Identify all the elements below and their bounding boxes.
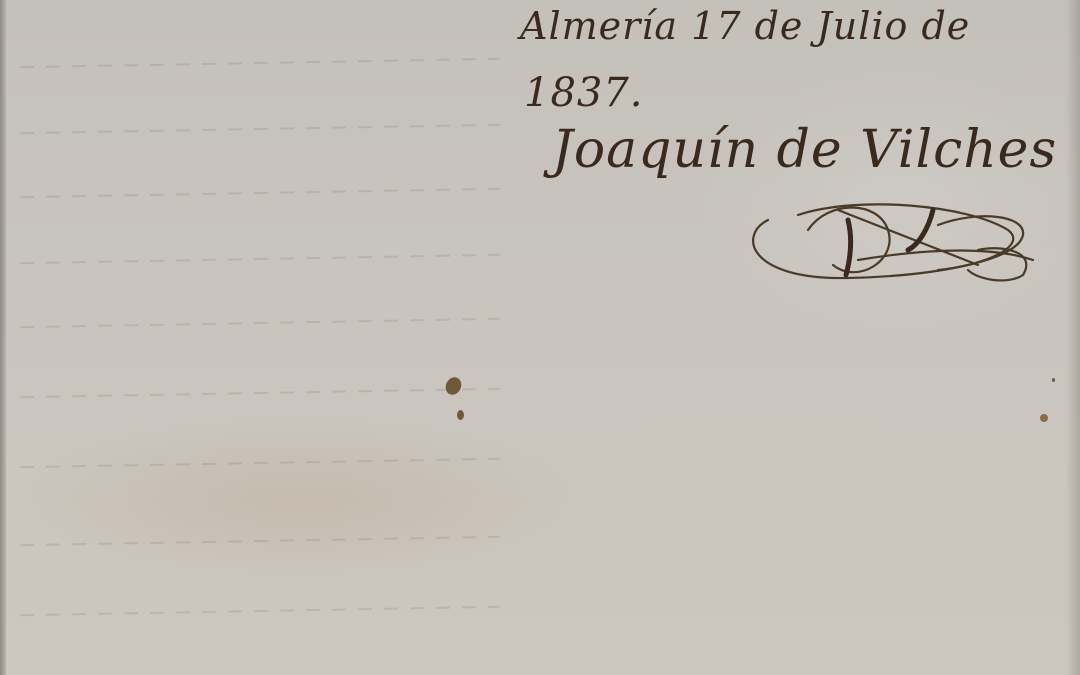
- ink-spot: [1052, 378, 1055, 382]
- stain-spot: [1040, 414, 1048, 422]
- rubrica-flourish-icon: [738, 190, 1038, 290]
- bleed-through-line: [20, 458, 500, 468]
- bleed-through-line: [20, 124, 500, 134]
- document-page: Almería 17 de Julio de 1837. Joaquín de …: [0, 0, 1080, 675]
- place-date-line: Almería 17 de Julio de: [520, 4, 970, 48]
- ink-spot: [457, 410, 464, 420]
- signature: Joaquín de Vilches: [552, 120, 1057, 180]
- ink-spot: [443, 375, 464, 398]
- bleed-through-line: [20, 318, 500, 328]
- bleed-through-line: [20, 388, 500, 398]
- bleed-through-line: [20, 58, 500, 68]
- bleed-through-line: [20, 606, 500, 616]
- bleed-through-line: [20, 254, 500, 264]
- page-left-edge: [0, 0, 6, 675]
- bleed-through-line: [20, 188, 500, 198]
- year-line: 1837.: [524, 70, 644, 116]
- page-right-edge: [1066, 0, 1080, 675]
- bleed-through-line: [20, 536, 500, 546]
